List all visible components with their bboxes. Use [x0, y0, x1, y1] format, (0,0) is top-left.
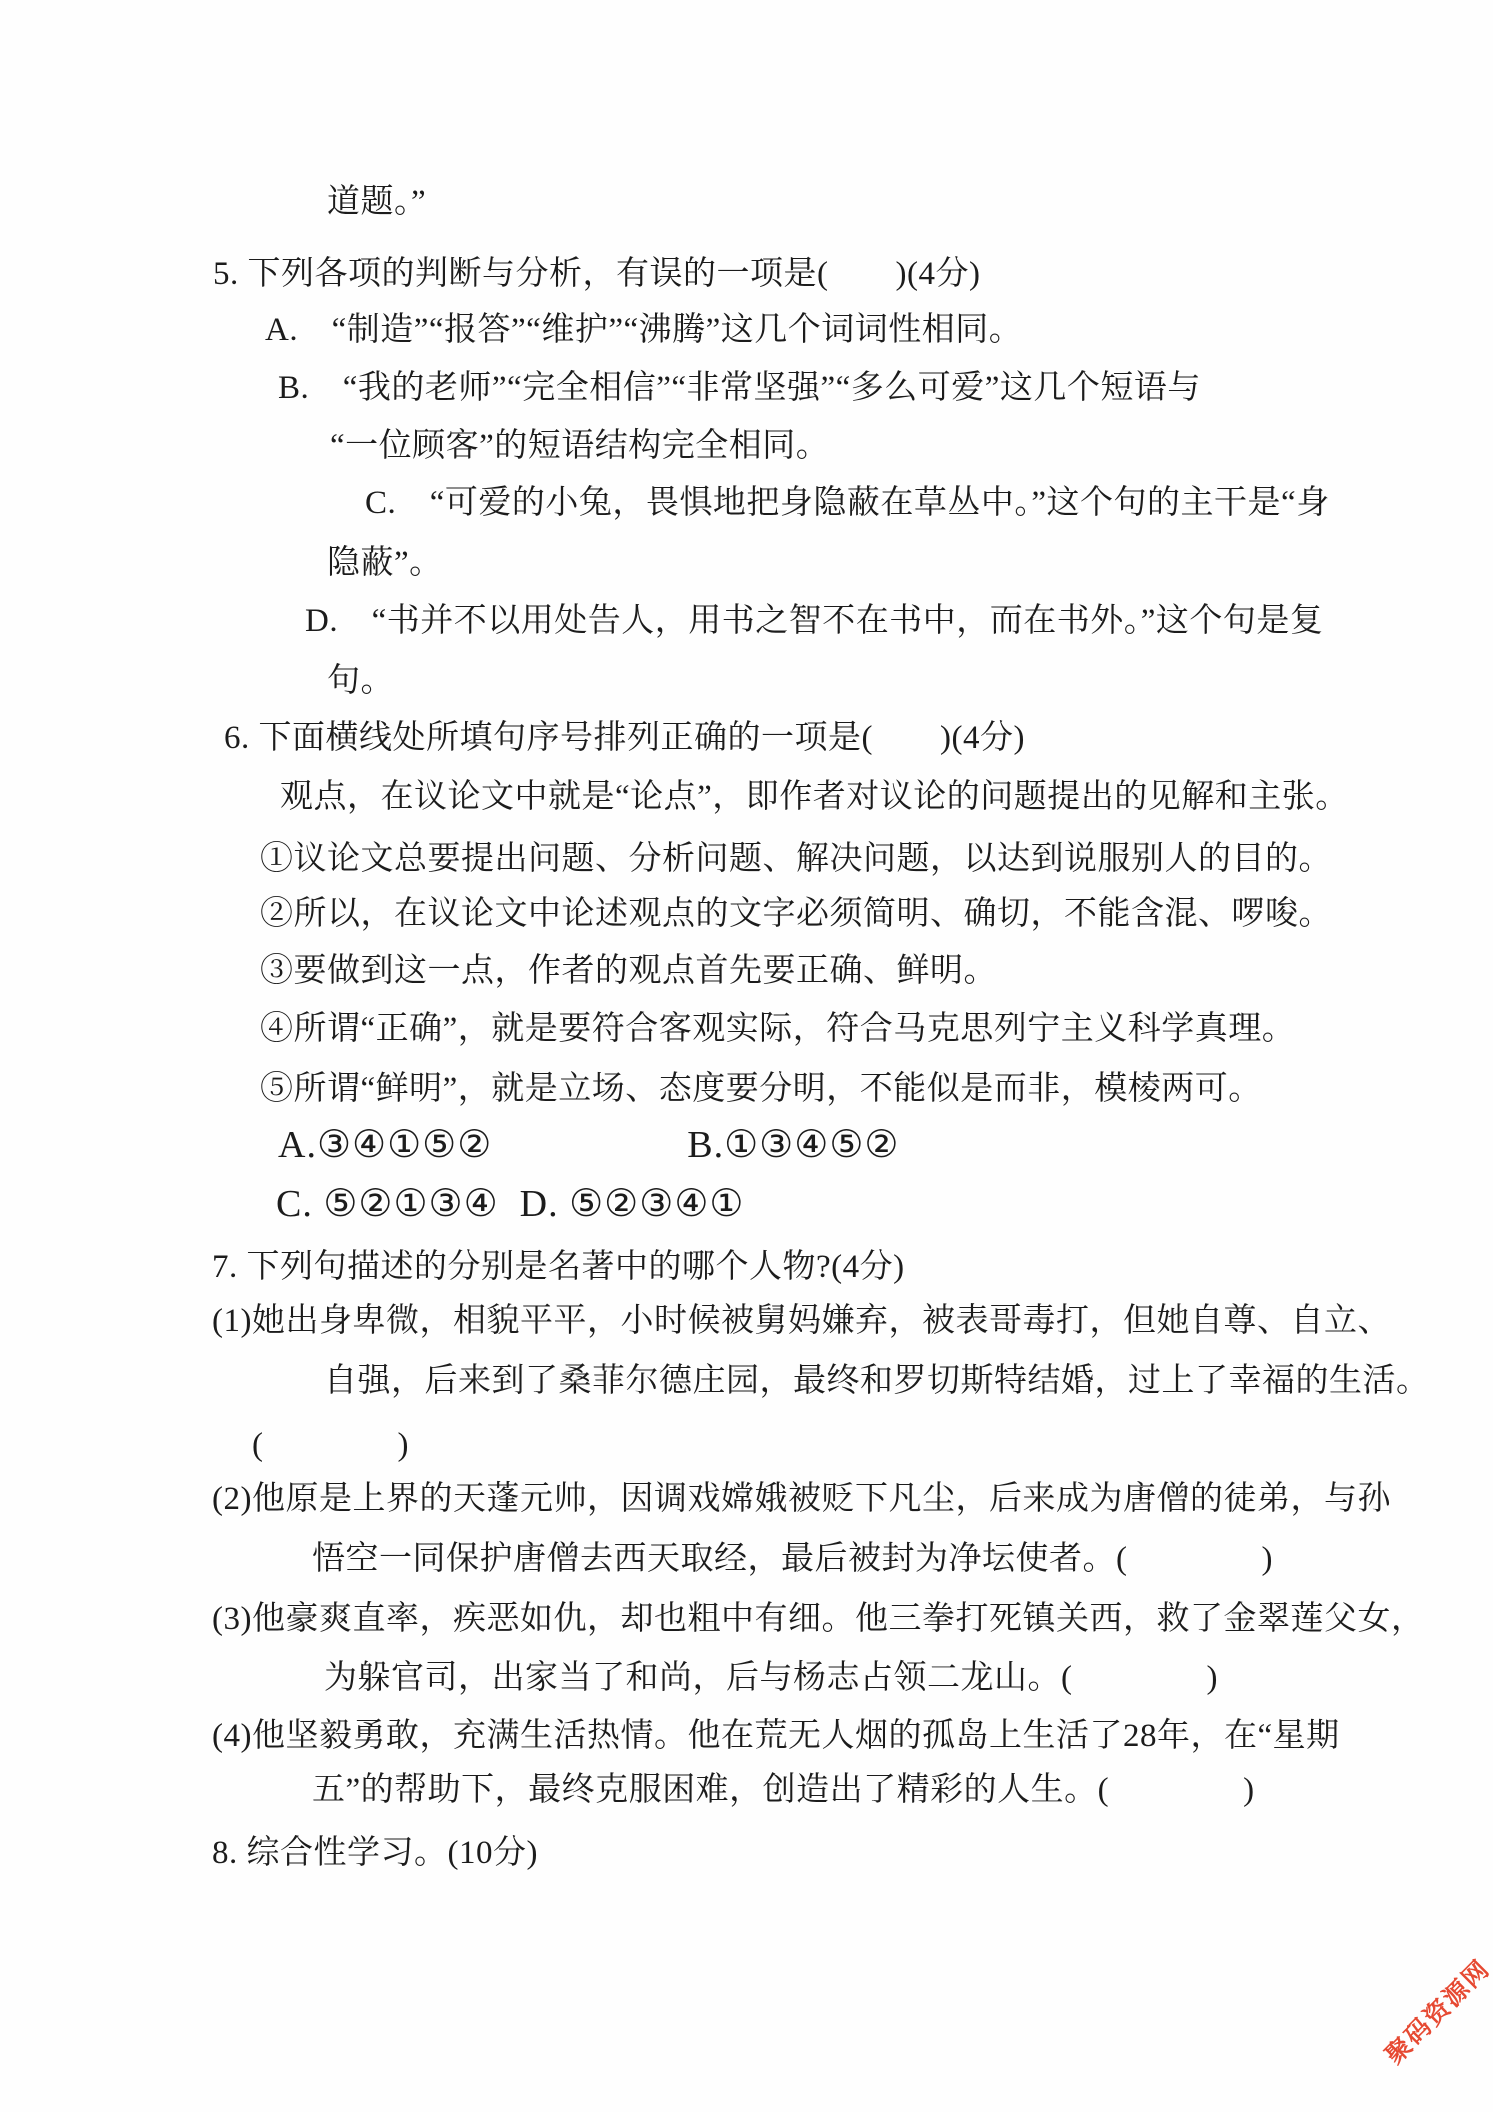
- text-line: D. “书并不以用处告人，用书之智不在书中，而在书外。”这个句是复: [305, 603, 1323, 641]
- text-line: ①议论文总要提出问题、分析问题、解决问题，以达到说服别人的目的。: [260, 841, 1332, 879]
- text-line: “一位顾客”的短语结构完全相同。: [330, 428, 829, 466]
- text-line: 6. 下面横线处所填句序号排列正确的一项是( )(4分): [224, 720, 1025, 758]
- text-line: 观点，在议论文中就是“论点”，即作者对议论的问题提出的见解和主张。: [280, 779, 1349, 817]
- text-line: 悟空一同保护唐僧去西天取经，最后被封为净坛使者。( ): [312, 1541, 1273, 1579]
- text-line: 五”的帮助下，最终克服困难，创造出了精彩的人生。( ): [312, 1772, 1255, 1810]
- text-line: 7. 下列句描述的分别是名著中的哪个人物?(4分): [212, 1249, 905, 1287]
- text-line: 8. 综合性学习。(10分): [212, 1835, 538, 1873]
- text-line: (2)他原是上界的天蓬元帅，因调戏嫦娥被贬下凡尘，后来成为唐僧的徒弟，与孙: [212, 1481, 1391, 1519]
- text-line: 为躲官司，出家当了和尚，后与杨志占领二龙山。( ): [324, 1660, 1218, 1698]
- text-line: ( ): [252, 1427, 409, 1465]
- text-line: 自强，后来到了桑菲尔德庄园，最终和罗切斯特结婚，过上了幸福的生活。: [324, 1363, 1430, 1401]
- text-line: C. “可爱的小兔，畏惧地把身隐蔽在草丛中。”这个句的主干是“身: [365, 485, 1330, 523]
- text-line: ③要做到这一点，作者的观点首先要正确、鲜明。: [260, 953, 997, 991]
- text-line: (4)他坚毅勇敢，充满生活热情。他在荒无人烟的孤岛上生活了28年，在“星期: [212, 1718, 1340, 1756]
- text-line: ⑤所谓“鲜明”，就是立场、态度要分明，不能似是而非，模棱两可。: [260, 1071, 1262, 1109]
- text-line: B. “我的老师”“完全相信”“非常坚强”“多么可爱”这几个短语与: [278, 370, 1201, 408]
- watermark: 聚码资源网: [1374, 1948, 1493, 2075]
- text-line: 句。: [327, 663, 394, 701]
- text-line: 道题。”: [327, 184, 426, 222]
- text-line: ④所谓“正确”，就是要符合客观实际，符合马克思列宁主义科学真理。: [260, 1011, 1295, 1049]
- exam-page: 道题。”5. 下列各项的判断与分析，有误的一项是( )(4分)A. “制造”“报…: [0, 0, 1493, 2112]
- text-line: 5. 下列各项的判断与分析，有误的一项是( )(4分): [213, 256, 980, 294]
- text-line: (3)他豪爽直率，疾恶如仇，却也粗中有细。他三拳打死镇关西，救了金翠莲父女，: [212, 1601, 1424, 1639]
- text-line: ②所以，在议论文中论述观点的文字必须简明、确切，不能含混、啰唆。: [260, 896, 1332, 934]
- text-line: A.③④①⑤② B.①③④⑤②: [278, 1124, 899, 1168]
- text-line: A. “制造”“报答”“维护”“沸腾”这几个词词性相同。: [265, 312, 1022, 350]
- text-line: C. ⑤②①③④ D. ⑤②③④①: [276, 1183, 744, 1227]
- text-line: 隐蔽”。: [327, 545, 443, 583]
- text-line: (1)她出身卑微，相貌平平，小时候被舅妈嫌弃，被表哥毒打，但她自尊、自立、: [212, 1303, 1391, 1341]
